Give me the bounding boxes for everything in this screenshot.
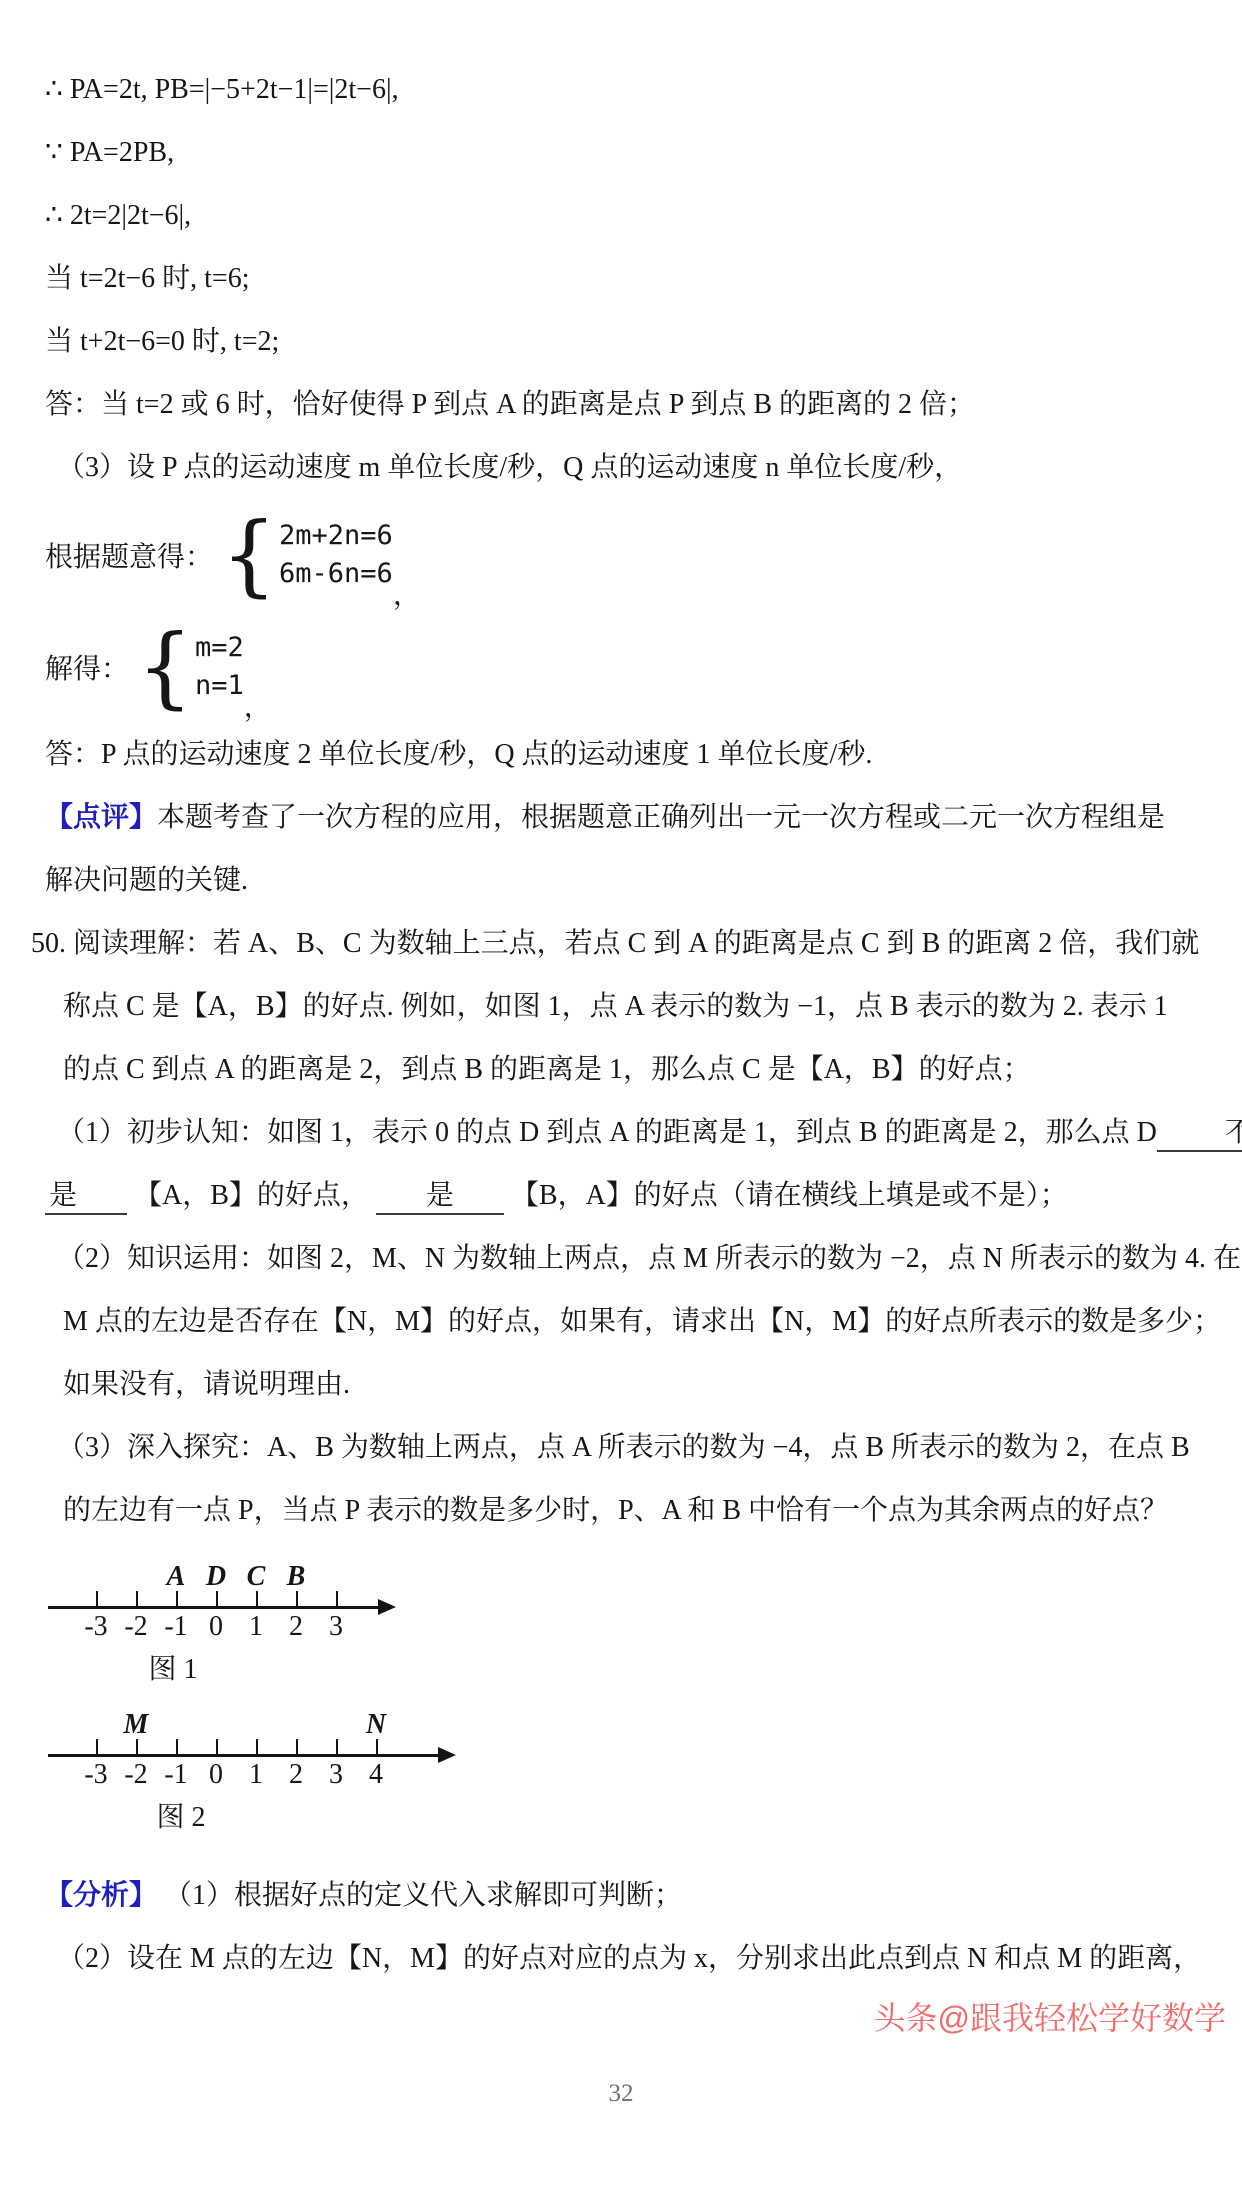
page-number: 32 bbox=[0, 2080, 1242, 2108]
figure-2-point-M: M bbox=[114, 1710, 158, 1740]
question-2-line-2: M 点的左边是否存在【N，M】的好点，如果有，请求出【N，M】的好点所表示的数是… bbox=[63, 1290, 1210, 1353]
question-1-mid-text: 【A，B】的好点， bbox=[134, 1180, 369, 1211]
figure-1-tick-label: 1 bbox=[234, 1610, 278, 1644]
figure-2-tick-label: -2 bbox=[114, 1758, 158, 1792]
question-1-post-text: 【B，A】的好点（请在横线上填是或不是）； bbox=[511, 1180, 1068, 1211]
system-2-label: 解得： bbox=[45, 647, 129, 687]
figure-2-tick bbox=[296, 1739, 298, 1755]
figure-1-arrow-icon bbox=[378, 1599, 396, 1615]
problem-50-line-3: 的点 C 到点 A 的距离是 2，到点 B 的距离是 1，那么点 C 是【A，B… bbox=[63, 1038, 1210, 1101]
system-2-equations: m=2 n=1 bbox=[195, 633, 244, 701]
system-1-label: 根据题意得： bbox=[45, 535, 213, 575]
question-1-line-2: 是 【A，B】的好点， 是 【B，A】的好点（请在横线上填是或不是）； bbox=[45, 1164, 1210, 1227]
question-1-line-1: （1）初步认知：如图 1，表示 0 的点 D 到点 A 的距离是 1，到点 B … bbox=[57, 1101, 1210, 1164]
analysis-line-1: 【分析】 （1）根据好点的定义代入求解即可判断； bbox=[45, 1864, 1210, 1927]
fill-in-blank-1-cont: 是 bbox=[45, 1179, 127, 1215]
question-3-line-2: 的左边有一点 P，当点 P 表示的数是多少时，P、A 和 B 中恰有一个点为其余… bbox=[63, 1479, 1210, 1542]
figure-1-point-B: B bbox=[274, 1562, 318, 1592]
figure-1-caption: 图 1 bbox=[48, 1650, 298, 1690]
watermark-text: 头条@跟我轻松学好数学 bbox=[874, 1993, 1227, 2039]
comment-tag: 【点评】 bbox=[45, 802, 157, 833]
figure-2-arrow-icon bbox=[438, 1747, 456, 1763]
analysis-tag: 【分析】 bbox=[45, 1880, 157, 1911]
figure-1-point-C: C bbox=[234, 1562, 278, 1592]
solution-line-pa-pb: ∴ PA=2t, PB=|−5+2t−1|=|2t−6|, bbox=[45, 58, 1210, 121]
figure-1-point-A: A bbox=[154, 1562, 198, 1592]
problem-50-line-1: 50. 阅读理解：若 A、B、C 为数轴上三点，若点 C 到 A 的距离是点 C… bbox=[31, 912, 1210, 975]
figure-1-tick-label: 2 bbox=[274, 1610, 318, 1644]
figure-2-tick bbox=[256, 1739, 258, 1755]
document-page: ∴ PA=2t, PB=|−5+2t−1|=|2t−6|, ∵ PA=2PB, … bbox=[0, 0, 1242, 2208]
figure-2-tick-label: 3 bbox=[314, 1758, 358, 1792]
figure-2-tick-label: -3 bbox=[74, 1758, 118, 1792]
figure-2-tick-label: 2 bbox=[274, 1758, 318, 1792]
figure-2-tick bbox=[176, 1739, 178, 1755]
system-1-comma: ， bbox=[393, 581, 421, 611]
figure-2-caption: 图 2 bbox=[48, 1798, 314, 1838]
question-3-line-1: （3）深入探究：A、B 为数轴上两点，点 A 所表示的数为 −4，点 B 所表示… bbox=[57, 1416, 1210, 1479]
comment-line-2: 解决问题的关键. bbox=[45, 849, 1210, 912]
question-1-text: （1）初步认知：如图 1，表示 0 的点 D 到点 A 的距离是 1，到点 B … bbox=[57, 1117, 1157, 1148]
system-2-eq-bottom: n=1 bbox=[195, 671, 244, 701]
figure-1-number-line: -3 -2 -1 0 1 2 3 A D C B 图 1 bbox=[48, 1548, 1210, 1696]
analysis-line-2: （2）设在 M 点的左边【N，M】的好点对应的点为 x，分别求出此点到点 N 和… bbox=[57, 1927, 1210, 1990]
figure-1-tick bbox=[216, 1591, 218, 1607]
fill-in-blank-1: 不 bbox=[1157, 1116, 1242, 1152]
figure-2-tick bbox=[336, 1739, 338, 1755]
comment-line-1: 【点评】本题考查了一次方程的应用，根据题意正确列出一元一次方程或二元一次方程组是 bbox=[45, 786, 1210, 849]
figure-2-tick-label: 0 bbox=[194, 1758, 238, 1792]
figure-1-tick-label: 0 bbox=[194, 1610, 238, 1644]
solution-case-1: 当 t=2t−6 时, t=6; bbox=[45, 247, 1210, 310]
figure-2-tick bbox=[136, 1739, 138, 1755]
figure-2-tick bbox=[376, 1739, 378, 1755]
solution-line-2t: ∴ 2t=2|2t−6|, bbox=[45, 184, 1210, 247]
figure-1-tick bbox=[136, 1591, 138, 1607]
figure-1-tick bbox=[296, 1591, 298, 1607]
figure-1-tick bbox=[96, 1591, 98, 1607]
figure-1-tick-label: -1 bbox=[154, 1610, 198, 1644]
left-brace-glyph bbox=[221, 505, 277, 605]
figure-1-tick bbox=[336, 1591, 338, 1607]
figure-1-tick bbox=[256, 1591, 258, 1607]
system-1-equations: 2m+2n=6 6m-6n=6 bbox=[279, 521, 393, 589]
equation-system-1: 根据题意得： 2m+2n=6 6m-6n=6 ， bbox=[45, 499, 1210, 611]
left-brace-glyph bbox=[137, 617, 193, 717]
figure-1-tick bbox=[176, 1591, 178, 1607]
comment-text-1: 本题考查了一次方程的应用，根据题意正确列出一元一次方程或二元一次方程组是 bbox=[157, 802, 1165, 833]
figure-1-tick-label: -2 bbox=[114, 1610, 158, 1644]
system-1-eq-top: 2m+2n=6 bbox=[279, 521, 393, 551]
system-2-comma: ， bbox=[244, 693, 272, 723]
figure-2-tick bbox=[216, 1739, 218, 1755]
figure-2-tick-label: 4 bbox=[354, 1758, 398, 1792]
figure-2-tick-label: -1 bbox=[154, 1758, 198, 1792]
fill-in-blank-2: 是 bbox=[376, 1179, 504, 1215]
system-1-eq-bottom: 6m-6n=6 bbox=[279, 559, 393, 589]
solution-line-pa-2pb: ∵ PA=2PB, bbox=[45, 121, 1210, 184]
figure-2-axis bbox=[48, 1754, 440, 1757]
analysis-text-1: （1）根据好点的定义代入求解即可判断； bbox=[164, 1880, 682, 1911]
solution-answer-t: 答：当 t=2 或 6 时，恰好使得 P 到点 A 的距离是点 P 到点 B 的… bbox=[45, 373, 1210, 436]
figure-2-tick bbox=[96, 1739, 98, 1755]
equation-system-2: 解得： m=2 n=1 ， bbox=[45, 611, 1210, 723]
figure-2-point-N: N bbox=[354, 1710, 398, 1740]
question-2-line-3: 如果没有，请说明理由. bbox=[63, 1353, 1210, 1416]
figure-1-tick-label: 3 bbox=[314, 1610, 358, 1644]
problem-50-line-2: 称点 C 是【A，B】的好点. 例如，如图 1，点 A 表示的数为 −1，点 B… bbox=[63, 975, 1210, 1038]
solution-case-2: 当 t+2t−6=0 时, t=2; bbox=[45, 310, 1210, 373]
figure-1-point-D: D bbox=[194, 1562, 238, 1592]
figure-1-tick-label: -3 bbox=[74, 1610, 118, 1644]
system-2-eq-top: m=2 bbox=[195, 633, 244, 663]
question-2-line-1: （2）知识运用：如图 2，M、N 为数轴上两点，点 M 所表示的数为 −2，点 … bbox=[57, 1227, 1210, 1290]
figure-2-number-line: -3 -2 -1 0 1 2 3 4 M N 图 2 bbox=[48, 1696, 1210, 1864]
figure-2-tick-label: 1 bbox=[234, 1758, 278, 1792]
solution-part3-setup: （3）设 P 点的运动速度 m 单位长度/秒，Q 点的运动速度 n 单位长度/秒… bbox=[57, 436, 1210, 499]
document-content: ∴ PA=2t, PB=|−5+2t−1|=|2t−6|, ∵ PA=2PB, … bbox=[45, 58, 1210, 1990]
solution-answer-speed: 答：P 点的运动速度 2 单位长度/秒，Q 点的运动速度 1 单位长度/秒. bbox=[45, 723, 1210, 786]
